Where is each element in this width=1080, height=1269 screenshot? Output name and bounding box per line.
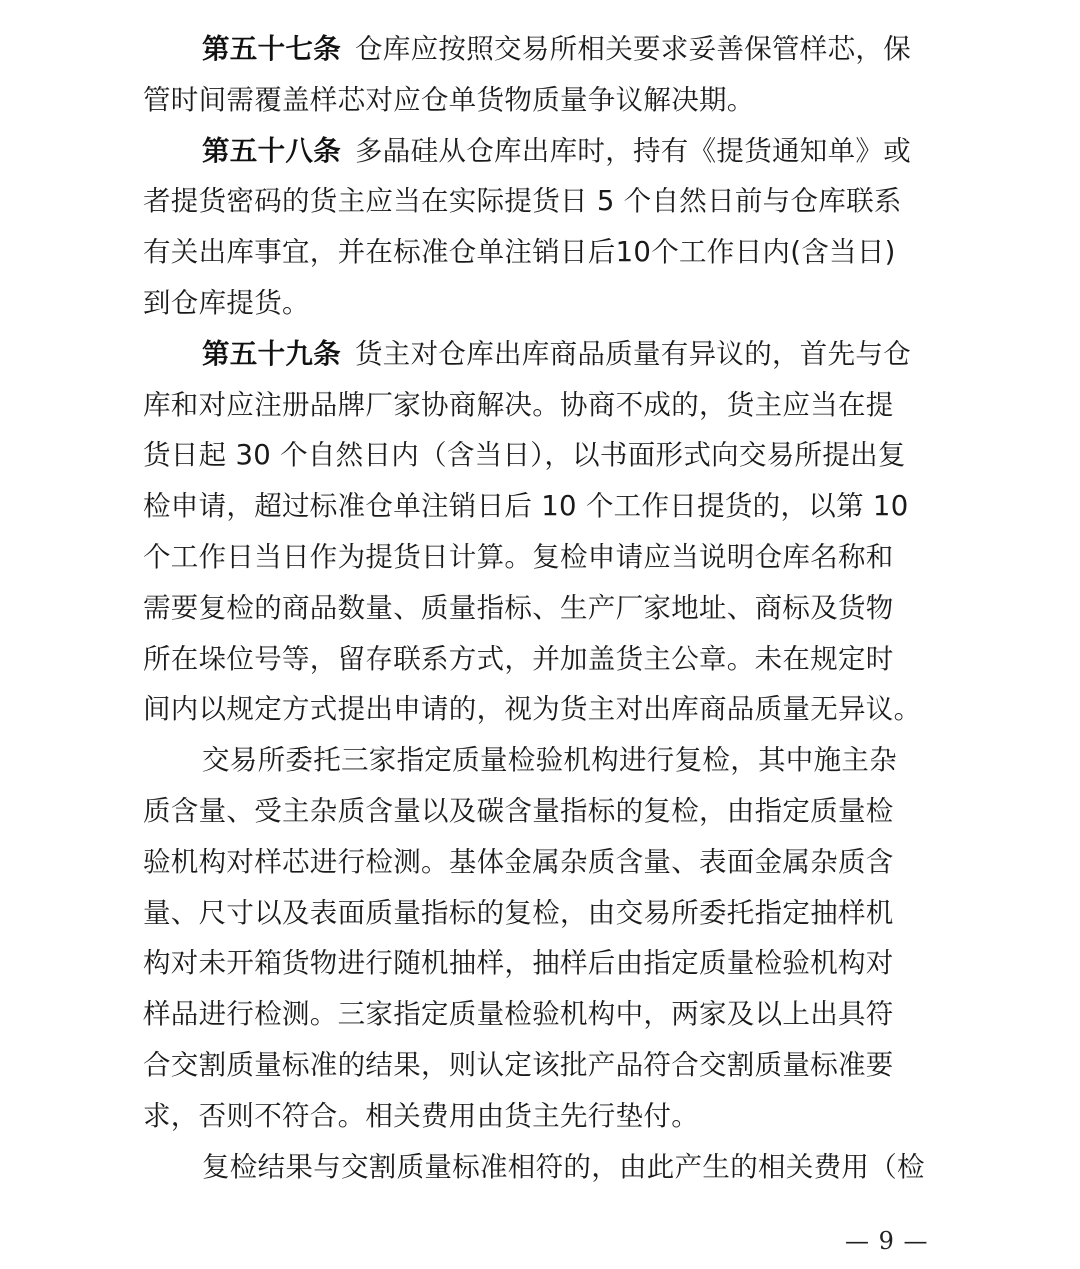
text-line: 有关出库事宜，并在标准仓单注销日后10个工作日内(含当日)	[143, 227, 938, 278]
text-line: 到仓库提货。	[143, 278, 938, 329]
text-line: 复检结果与交割质量标准相符的，由此产生的相关费用（检	[143, 1142, 938, 1193]
text-line: 管时间需覆盖样芯对应仓单货物质量争议解决期。	[143, 75, 938, 126]
text-line: 需要复检的商品数量、质量指标、生产厂家地址、商标及货物	[143, 583, 938, 634]
text-line: 质含量、受主杂质含量以及碳含量指标的复检，由指定质量检	[143, 786, 938, 837]
fee-paragraph: 复检结果与交割质量标准相符的，由此产生的相关费用（检	[143, 1142, 938, 1193]
article-59: 第五十九条货主对仓库出库商品质量有异议的，首先与仓 库和对应注册品牌厂家协商解决…	[143, 329, 938, 735]
text-line: 样品进行检测。三家指定质量检验机构中，两家及以上出具符	[143, 989, 938, 1040]
text-line: 合交割质量标准的结果，则认定该批产品符合交割质量标准要	[143, 1040, 938, 1091]
text-line: 第五十八条多晶硅从仓库出库时，持有《提货通知单》或	[143, 126, 938, 177]
text-line: 验机构对样芯进行检测。基体金属杂质含量、表面金属杂质含	[143, 837, 938, 888]
text-line: 个工作日当日作为提货日计算。复检申请应当说明仓库名称和	[143, 532, 938, 583]
line-text: 货主对仓库出库商品质量有异议的，首先与仓	[355, 338, 911, 370]
text-line: 货日起 30 个自然日内（含当日），以书面形式向交易所提出复	[143, 430, 938, 481]
reinspection-paragraph: 交易所委托三家指定质量检验机构进行复检，其中施主杂 质含量、受主杂质含量以及碳含…	[143, 735, 938, 1141]
text-line: 库和对应注册品牌厂家协商解决。协商不成的，货主应当在提	[143, 380, 938, 431]
text-line: 所在垛位号等，留存联系方式，并加盖货主公章。未在规定时	[143, 634, 938, 685]
text-line: 者提货密码的货主应当在实际提货日 5 个自然日前与仓库联系	[143, 176, 938, 227]
line-text: 仓库应按照交易所相关要求妥善保管样芯，保	[355, 33, 911, 65]
article-number: 第五十九条	[202, 338, 341, 370]
text-line: 检申请，超过标准仓单注销日后 10 个工作日提货的，以第 10	[143, 481, 938, 532]
article-58: 第五十八条多晶硅从仓库出库时，持有《提货通知单》或 者提货密码的货主应当在实际提…	[143, 126, 938, 329]
article-number: 第五十八条	[202, 135, 341, 167]
text-line: 量、尺寸以及表面质量指标的复检，由交易所委托指定抽样机	[143, 888, 938, 939]
line-text: 多晶硅从仓库出库时，持有《提货通知单》或	[355, 135, 911, 167]
text-line: 第五十九条货主对仓库出库商品质量有异议的，首先与仓	[143, 329, 938, 380]
text-line: 求，否则不符合。相关费用由货主先行垫付。	[143, 1091, 938, 1142]
text-line: 间内以规定方式提出申请的，视为货主对出库商品质量无异议。	[143, 684, 938, 735]
document-page: 第五十七条仓库应按照交易所相关要求妥善保管样芯，保 管时间需覆盖样芯对应仓单货物…	[143, 24, 938, 1192]
page-number: — 9 —	[845, 1227, 929, 1255]
text-line: 交易所委托三家指定质量检验机构进行复检，其中施主杂	[143, 735, 938, 786]
article-57: 第五十七条仓库应按照交易所相关要求妥善保管样芯，保 管时间需覆盖样芯对应仓单货物…	[143, 24, 938, 126]
article-number: 第五十七条	[202, 33, 341, 65]
text-line: 第五十七条仓库应按照交易所相关要求妥善保管样芯，保	[143, 24, 938, 75]
text-line: 构对未开箱货物进行随机抽样，抽样后由指定质量检验机构对	[143, 938, 938, 989]
